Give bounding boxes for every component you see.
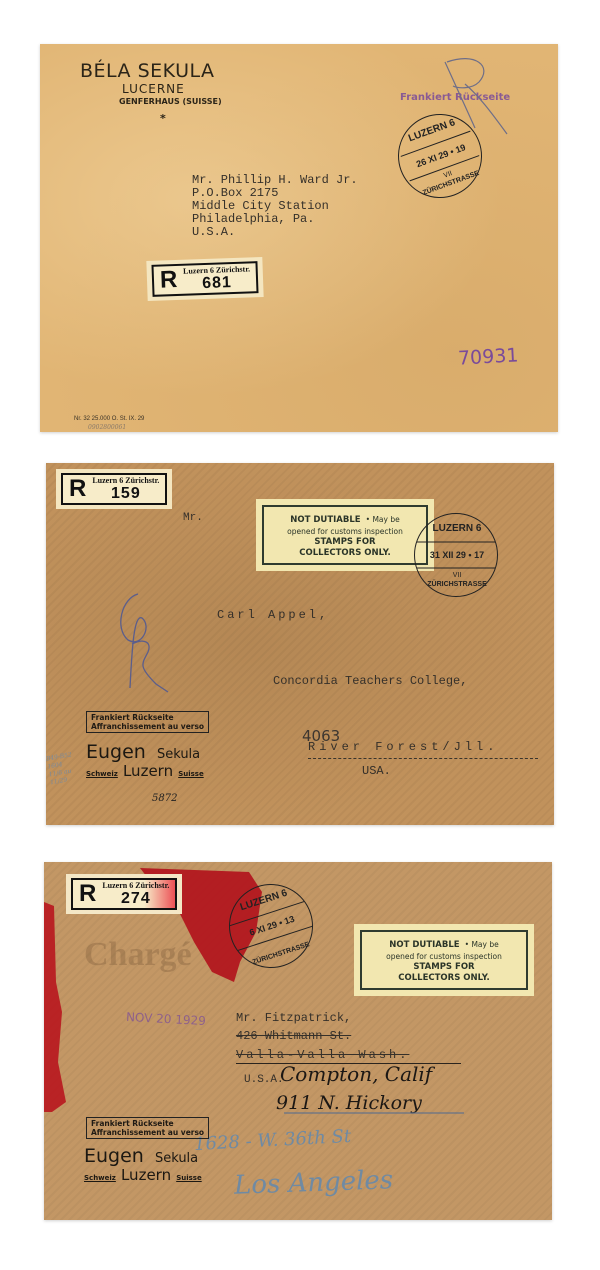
franked-line2: Affranchissement au verso <box>91 1128 204 1137</box>
sender-last-name: Sekula <box>155 1151 198 1166</box>
customs-line2: opened for customs inspection <box>368 951 520 962</box>
address-line: Mr. Fitzpatrick, <box>236 1012 351 1025</box>
sender-address: GENFERHAUS (SUISSE) <box>119 97 222 106</box>
address-underline <box>308 758 538 759</box>
franked-reverse-box: Frankiert Rückseite Affranchissement au … <box>86 1117 209 1139</box>
address-line: USA. <box>362 765 391 778</box>
sender-imprint: Eugen Sekula Schweiz Luzern Suisse <box>86 741 204 780</box>
franked-reverse-box: Frankiert Rückseite Affranchissement au … <box>86 711 209 733</box>
customs-line1: NOT DUTIABLE <box>389 940 459 950</box>
salutation: Mr. <box>183 512 203 525</box>
sender-city: Luzern <box>121 1166 171 1184</box>
customs-line1b: • May be <box>366 515 400 524</box>
sender-imprint: Eugen Sekula Schweiz Luzern Suisse <box>84 1145 202 1184</box>
pencil-note: 0902800061 <box>88 424 126 431</box>
registration-letter: R <box>79 881 96 907</box>
address-line: U.S.A. <box>244 1074 284 1087</box>
sender-city: Luzern <box>123 762 173 780</box>
address-line: U.S.A. <box>192 226 358 239</box>
faded-charge-stamp: Chargé <box>84 936 192 974</box>
registration-label: R Luzern 6 Zürichstr. 274 <box>66 874 182 914</box>
postmark-top-text: LUZERN 6 <box>415 523 499 534</box>
address-line: Carl Appel, <box>217 609 329 622</box>
address-line: Concordia Teachers College, <box>273 675 467 688</box>
registration-label: R Luzern 6 Zürichstr. 159 <box>56 469 172 509</box>
customs-line3: STAMPS FOR <box>368 962 520 973</box>
franked-line1: Frankiert Rückseite <box>91 1119 204 1128</box>
registration-number: 274 <box>121 890 151 907</box>
sender-last-name: Sekula <box>157 747 200 762</box>
sender-country-de: Schweiz <box>84 1174 116 1182</box>
envelope-ward-philadelphia: BÉLA SEKULA LUCERNE GENFERHAUS (SUISSE) … <box>40 44 558 432</box>
envelope-appel-river-forest: R Luzern 6 Zürichstr. 159 Mr. NOT DUTIAB… <box>46 463 554 825</box>
recipient-address: Mr. Phillip H. Ward Jr. P.O.Box 2175 Mid… <box>192 174 358 239</box>
registration-label: R Luzern 6 Zürichstr. 681 <box>146 257 264 301</box>
sender-city: LUCERNE <box>122 82 185 96</box>
registration-number: 159 <box>111 485 141 502</box>
handwritten-forwarding-line: Compton, Calif <box>280 1062 432 1086</box>
sender-first-name: Eugen <box>86 741 146 763</box>
franked-line2: Affranchissement au verso <box>91 722 204 731</box>
registration-letter: R <box>160 267 178 294</box>
customs-label: NOT DUTIABLE • May be opened for customs… <box>354 924 534 996</box>
sender-country-fr: Suisse <box>178 770 204 778</box>
registration-office: Luzern 6 Zürichstr. <box>92 476 159 485</box>
registration-letter: R <box>69 476 86 502</box>
serial-number: 70931 <box>457 344 519 369</box>
pencil-forwarding-line: 1628 - W. 36th St <box>194 1126 352 1155</box>
customs-label: NOT DUTIABLE • May be opened for customs… <box>256 499 434 571</box>
sender-country-fr: Suisse <box>176 1174 202 1182</box>
ornament-star-icon: * <box>160 112 166 125</box>
customs-line1: NOT DUTIABLE <box>290 515 360 525</box>
customs-line4: COLLECTORS ONLY. <box>270 548 420 559</box>
address-line-struck: Valla-Valla Wash. <box>236 1049 409 1062</box>
customs-line4: COLLECTORS ONLY. <box>368 973 520 984</box>
ink-number: 5872 <box>152 793 177 804</box>
postmark-sub: VII <box>415 572 499 579</box>
pencil-forwarding-line: Los Angeles <box>234 1165 394 1201</box>
pencil-strike <box>284 1112 464 1114</box>
sender-first-name: Eugen <box>84 1145 144 1167</box>
customs-line3: STAMPS FOR <box>270 537 420 548</box>
handwritten-forwarding-line: 911 N. Hickory <box>276 1092 422 1114</box>
customs-line2: opened for customs inspection <box>270 526 420 537</box>
envelope-fitzpatrick-forwarded: Chargé R Luzern 6 Zürichstr. 274 LUZERN … <box>44 862 552 1220</box>
pencil-notes: B49-B52 1604 11/6 au 11/29 <box>46 751 81 788</box>
handwritten-r-mark-icon <box>108 588 178 698</box>
franked-line1: Frankiert Rückseite <box>91 713 204 722</box>
sender-name: BÉLA SEKULA <box>80 60 215 82</box>
postmark-bottom-text: ZÜRICHSTRASSE <box>415 581 499 588</box>
registration-office: Luzern 6 Zürichstr. <box>102 881 169 890</box>
postmark-luzern: LUZERN 6 31 XII 29 • 17 VII ZÜRICHSTRASS… <box>414 513 498 597</box>
handwritten-number: 4063 <box>302 727 340 745</box>
customs-line1b: • May be <box>465 940 499 949</box>
printer-imprint: Nr. 32 25.000 O. St. IX. 29 <box>74 416 144 422</box>
address-line-struck: 426 Whitmann St. <box>236 1030 351 1043</box>
sender-country-de: Schweiz <box>86 770 118 778</box>
registration-number: 681 <box>202 274 232 292</box>
postmark-date: 31 XII 29 • 17 <box>415 550 499 560</box>
